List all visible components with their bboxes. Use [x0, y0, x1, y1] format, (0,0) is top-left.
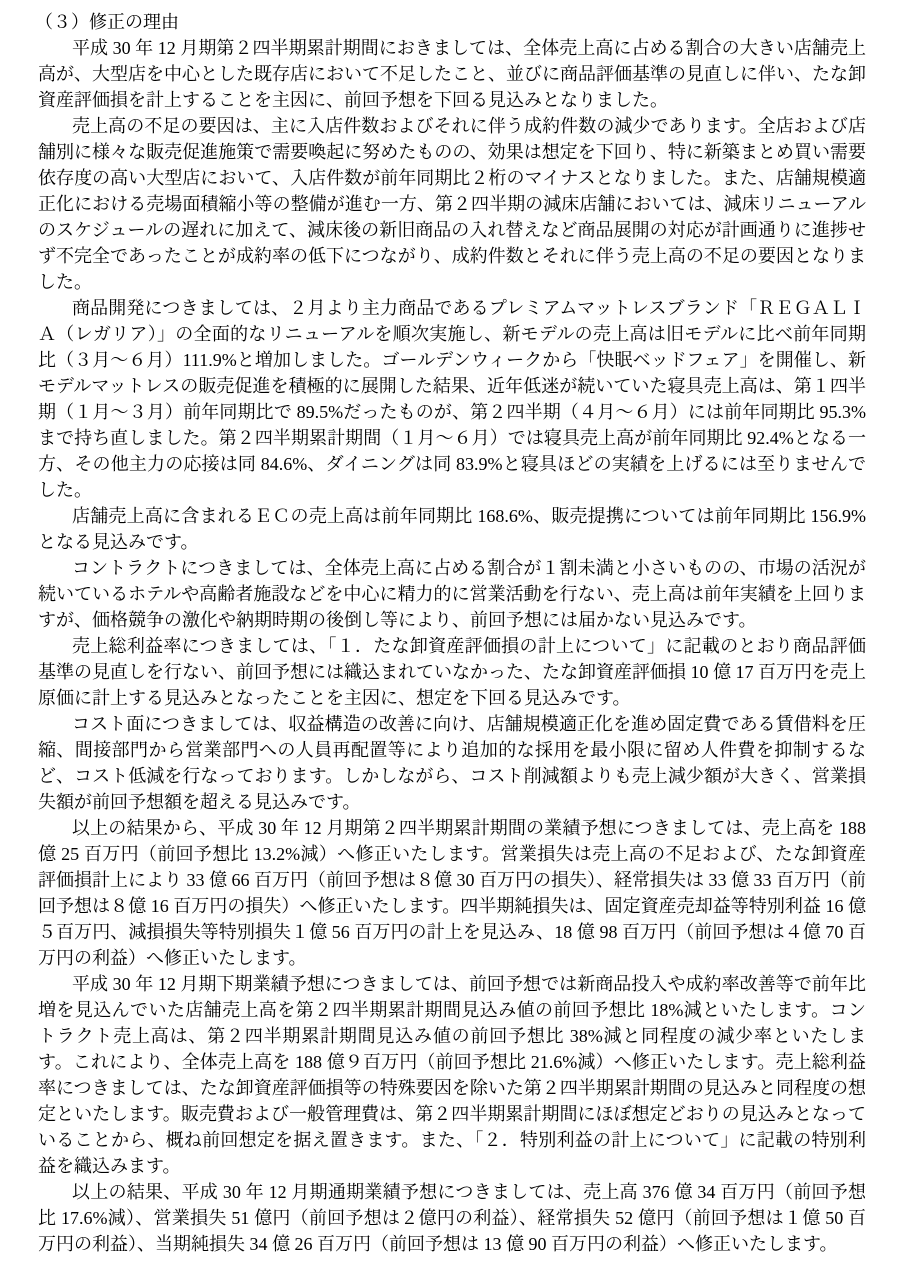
- paragraph-contract-business: コントラクトにつきましては、全体売上高に占める割合が１割未満と小さいものの、市場…: [38, 555, 866, 633]
- paragraph-ec-sales: 店舗売上高に含まれるＥＣの売上高は前年同期比 168.6%、販売提携については前…: [38, 503, 866, 555]
- paragraph-q2-forecast-revision: 以上の結果から、平成 30 年 12 月期第２四半期累計期間の業績予想につきまし…: [38, 815, 866, 971]
- paragraph-second-half-forecast: 平成 30 年 12 月期下期業績予想につきましては、前回予想では新商品投入や成…: [38, 971, 866, 1179]
- paragraph-gross-margin: 売上総利益率につきましては、「１．たな卸資産評価損の計上について」に記載のとおり…: [38, 633, 866, 711]
- document-page: （３）修正の理由 平成 30 年 12 月期第２四半期累計期間におきましては、全…: [0, 0, 902, 1280]
- paragraph-sales-shortfall-causes: 売上高の不足の要因は、主に入店件数およびそれに伴う成約件数の減少であります。全店…: [38, 113, 866, 295]
- paragraph-cost-measures: コスト面につきましては、収益構造の改善に向け、店舗規模適正化を進め固定費である賃…: [38, 711, 866, 815]
- paragraph-revision-overview: 平成 30 年 12 月期第２四半期累計期間におきましては、全体売上高に占める割…: [38, 35, 866, 113]
- paragraph-product-development: 商品開発につきましては、２月より主力商品であるプレミアムマットレスブランド「ＲＥ…: [38, 295, 866, 503]
- paragraph-full-year-forecast: 以上の結果、平成 30 年 12 月期通期業績予想につきましては、売上高 376…: [38, 1179, 866, 1257]
- section-heading: （３）修正の理由: [35, 9, 866, 35]
